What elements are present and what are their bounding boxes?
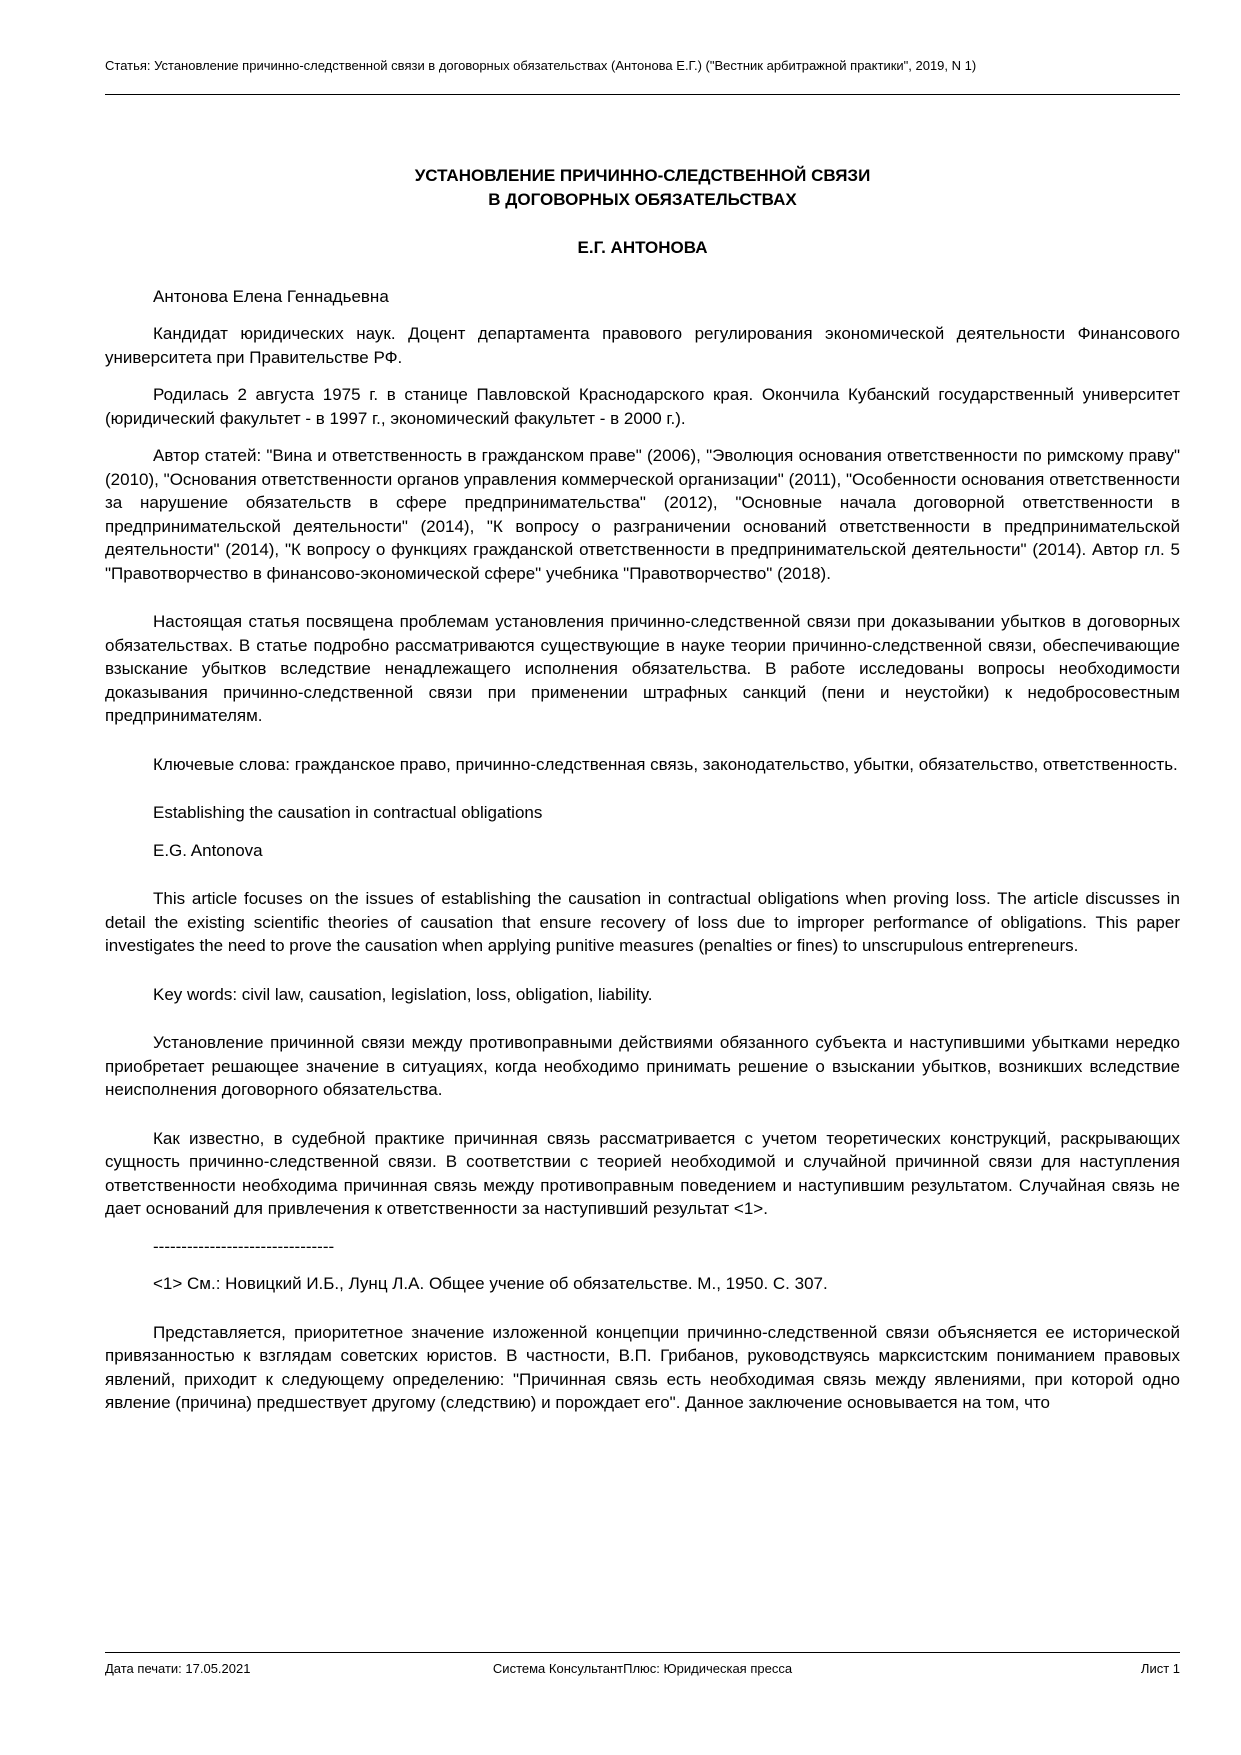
paragraph-author-works: Автор статей: "Вина и ответственность в … bbox=[105, 444, 1180, 585]
paragraph-keywords-en: Key words: civil law, causation, legisla… bbox=[105, 983, 1180, 1007]
document-header: Статья: Установление причинно-следственн… bbox=[105, 0, 1180, 74]
document-footer: Дата печати: 17.05.2021 Система Консульт… bbox=[0, 1652, 1241, 1677]
footnote-1: <1> См.: Новицкий И.Б., Лунц Л.А. Общее … bbox=[105, 1272, 1180, 1296]
header-citation: Статья: Установление причинно-следственн… bbox=[105, 58, 1180, 74]
article-author-heading: Е.Г. АНТОНОВА bbox=[105, 236, 1180, 260]
paragraph-author-full-name: Антонова Елена Геннадьевна bbox=[105, 285, 1180, 309]
paragraph-title-en: Establishing the causation in contractua… bbox=[105, 801, 1180, 825]
document-page: Статья: Установление причинно-следственн… bbox=[0, 0, 1241, 1755]
paragraph-body-2: Как известно, в судебной практике причин… bbox=[105, 1127, 1180, 1221]
footer-sheet-number: Лист 1 bbox=[792, 1661, 1180, 1677]
footnote-separator: -------------------------------- bbox=[105, 1235, 1180, 1259]
article-title-line-2: В ДОГОВОРНЫХ ОБЯЗАТЕЛЬСТВАХ bbox=[105, 188, 1180, 212]
footer-system-name: Система КонсультантПлюс: Юридическая пре… bbox=[493, 1661, 792, 1677]
article-title: УСТАНОВЛЕНИЕ ПРИЧИННО-СЛЕДСТВЕННОЙ СВЯЗИ… bbox=[105, 164, 1180, 211]
footer-divider bbox=[105, 1652, 1180, 1653]
paragraph-author-degree: Кандидат юридических наук. Доцент департ… bbox=[105, 322, 1180, 369]
article-title-line-1: УСТАНОВЛЕНИЕ ПРИЧИННО-СЛЕДСТВЕННОЙ СВЯЗИ bbox=[105, 164, 1180, 188]
paragraph-body-1: Установление причинной связи между проти… bbox=[105, 1031, 1180, 1102]
paragraph-keywords-ru: Ключевые слова: гражданское право, причи… bbox=[105, 753, 1180, 777]
paragraph-annotation-ru: Настоящая статья посвящена проблемам уст… bbox=[105, 610, 1180, 728]
header-divider bbox=[105, 94, 1180, 95]
footer-print-date: Дата печати: 17.05.2021 bbox=[105, 1661, 493, 1677]
paragraph-author-en: E.G. Antonova bbox=[105, 839, 1180, 863]
paragraph-body-3: Представляется, приоритетное значение из… bbox=[105, 1321, 1180, 1415]
paragraph-abstract-en: This article focuses on the issues of es… bbox=[105, 887, 1180, 958]
paragraph-author-biography: Родилась 2 августа 1975 г. в станице Пав… bbox=[105, 383, 1180, 430]
article-body: УСТАНОВЛЕНИЕ ПРИЧИННО-СЛЕДСТВЕННОЙ СВЯЗИ… bbox=[105, 164, 1180, 1415]
